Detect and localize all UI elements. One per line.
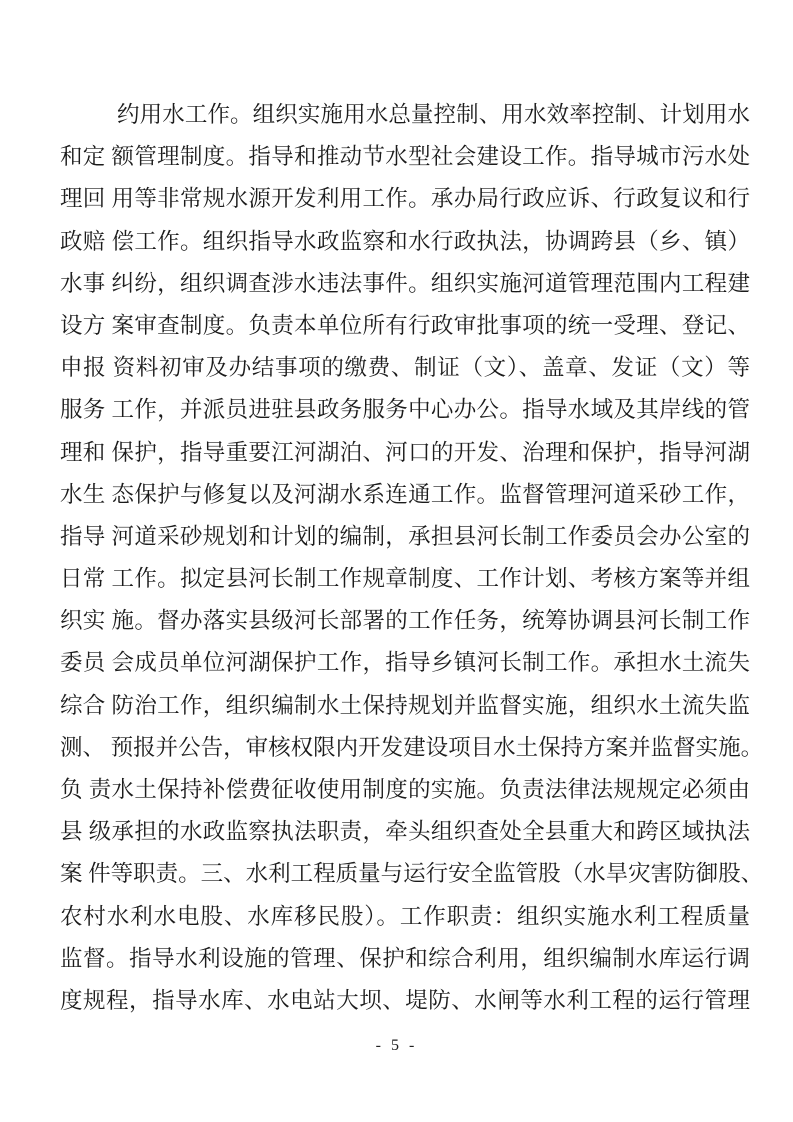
- text-line-7: 申报 资料初审及办结事项的缴费、制证（文）、盖章、发证（文）等: [60, 347, 750, 389]
- document-body: 约用水工作。组织实施用水总量控制、用水效率控制、计划用水 和定 额管理制度。指导…: [60, 94, 750, 1022]
- text-line-21: 监督。指导水利设施的管理、保护和综合利用，组织编制水库运行调: [60, 938, 750, 980]
- text-line-8: 服务 工作，并派员进驻县政务服务中心办公。指导水域及其岸线的管: [60, 389, 750, 431]
- text-line-22: 度规程，指导水库、水电站大坝、堤防、水闸等水利工程的运行管理: [60, 980, 750, 1022]
- text-line-5: 水事 纠纷，组织调查涉水违法事件。组织实施河道管理范围内工程建: [60, 263, 750, 305]
- text-line-16: 测、 预报并公告，审核权限内开发建设项目水土保持方案并监督实施。: [60, 727, 750, 769]
- text-line-17: 负 责水土保持补偿费征收使用制度的实施。负责法律法规规定必须由: [60, 769, 750, 811]
- page-number: - 5 -: [0, 1036, 793, 1056]
- text-line-2: 和定 额管理制度。指导和推动节水型社会建设工作。指导城市污水处: [60, 136, 750, 178]
- text-line-19: 案 件等职责。三、水利工程质量与运行安全监管股（水旱灾害防御股、: [60, 853, 750, 895]
- text-line-4: 政赔 偿工作。组织指导水政监察和水行政执法，协调跨县（乡、镇）: [60, 221, 750, 263]
- text-line-12: 日常 工作。拟定县河长制工作规章制度、工作计划、考核方案等并组: [60, 558, 750, 600]
- text-line-20: 农村水利水电股、水库移民股）。工作职责：组织实施水利工程质量: [60, 896, 750, 938]
- document-page: 约用水工作。组织实施用水总量控制、用水效率控制、计划用水 和定 额管理制度。指导…: [0, 0, 793, 1122]
- text-line-3: 理回 用等非常规水源开发利用工作。承办局行政应诉、行政复议和行: [60, 178, 750, 220]
- text-line-1: 约用水工作。组织实施用水总量控制、用水效率控制、计划用水: [60, 94, 750, 136]
- text-line-10: 水生 态保护与修复以及河湖水系连通工作。监督管理河道采砂工作，: [60, 474, 750, 516]
- text-line-11: 指导 河道采砂规划和计划的编制，承担县河长制工作委员会办公室的: [60, 516, 750, 558]
- text-line-15: 综合 防治工作，组织编制水土保持规划并监督实施，组织水土流失监: [60, 685, 750, 727]
- text-line-14: 委员 会成员单位河湖保护工作，指导乡镇河长制工作。承担水土流失: [60, 642, 750, 684]
- text-line-9: 理和 保护，指导重要江河湖泊、河口的开发、治理和保护，指导河湖: [60, 432, 750, 474]
- text-line-13: 织实 施。督办落实县级河长部署的工作任务，统筹协调县河长制工作: [60, 600, 750, 642]
- text-line-6: 设方 案审查制度。负责本单位所有行政审批事项的统一受理、登记、: [60, 305, 750, 347]
- text-line-18: 县 级承担的水政监察执法职责，牵头组织查处全县重大和跨区域执法: [60, 811, 750, 853]
